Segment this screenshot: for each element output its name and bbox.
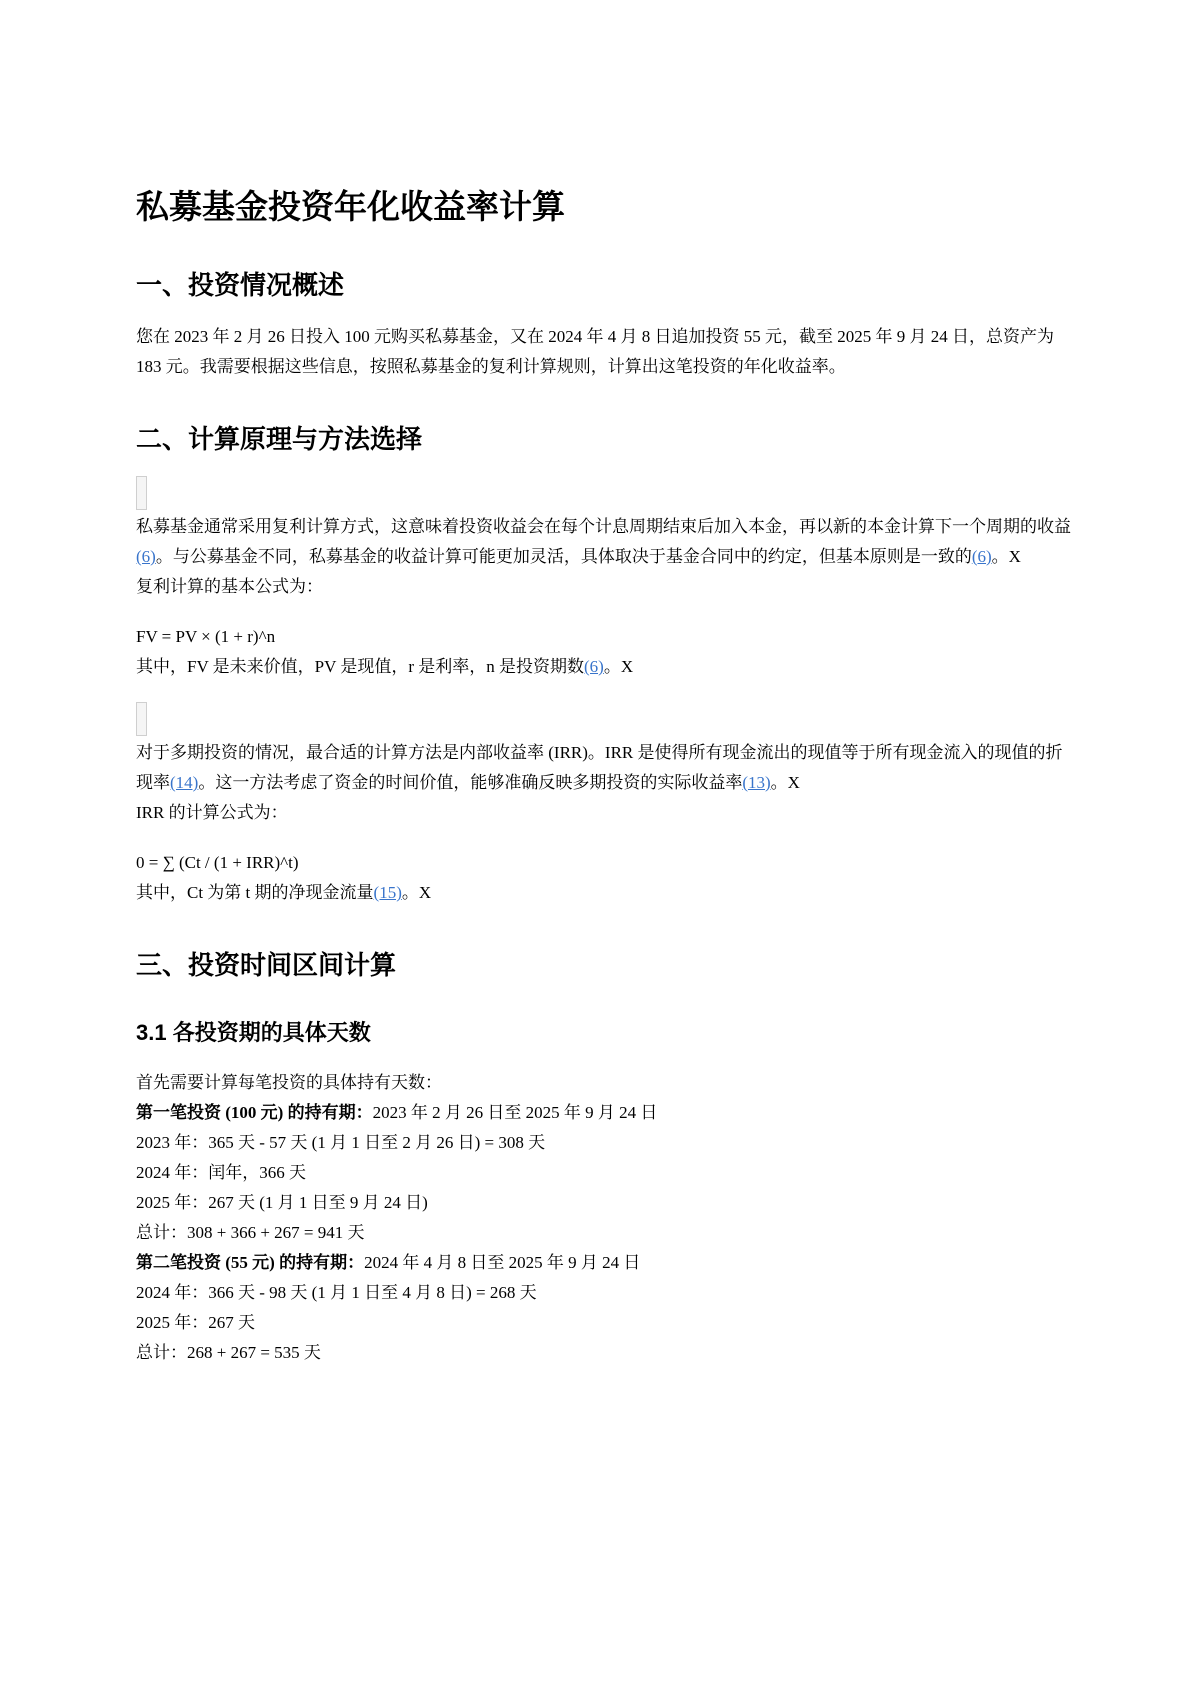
citation-link[interactable]: (15): [374, 883, 402, 902]
paragraph: 首先需要计算每笔投资的具体持有天数：第一笔投资 (100 元) 的持有期：202…: [136, 1068, 1076, 1368]
text-run: 。X: [992, 547, 1021, 566]
citation-link[interactable]: (14): [170, 773, 198, 792]
text-run: 其中，Ct 为第 t 期的净现金流量: [136, 883, 374, 902]
subsection-heading: 3.1 各投资期的具体天数: [136, 1018, 1076, 1048]
document-body: 私募基金投资年化收益率计算 一、投资情况概述您在 2023 年 2 月 26 日…: [136, 0, 1076, 1368]
paragraph: 0 = ∑ (Ct / (1 + IRR)^t)其中，Ct 为第 t 期的净现金…: [136, 848, 1076, 908]
text-run: 。X: [402, 883, 431, 902]
citation-link[interactable]: (13): [742, 773, 770, 792]
paragraph: 对于多期投资的情况，最合适的计算方法是内部收益率 (IRR)。IRR 是使得所有…: [136, 702, 1076, 828]
paragraph: 私募基金通常采用复利计算方式，这意味着投资收益会在每个计息周期结束后加入本金，再…: [136, 476, 1076, 602]
object-placeholder-icon: [136, 476, 147, 510]
section-heading: 二、计算原理与方法选择: [136, 422, 1076, 456]
text-run: 2025 年：267 天 (1 月 1 日至 9 月 24 日): [136, 1193, 428, 1212]
citation-link[interactable]: (6): [584, 657, 604, 676]
bold-run: 第二笔投资 (55 元) 的持有期：: [136, 1253, 364, 1272]
citation-link[interactable]: (6): [136, 547, 156, 566]
text-run: 复利计算的基本公式为：: [136, 577, 323, 596]
text-run: 2023 年：365 天 - 57 天 (1 月 1 日至 2 月 26 日) …: [136, 1133, 545, 1152]
bold-run: 第一笔投资 (100 元) 的持有期：: [136, 1103, 373, 1122]
doc-title: 私募基金投资年化收益率计算: [136, 186, 1076, 228]
text-run: 总计：268 + 267 = 535 天: [136, 1343, 321, 1362]
document-page: 私募基金投资年化收益率计算 一、投资情况概述您在 2023 年 2 月 26 日…: [0, 0, 1200, 1696]
text-run: 总计：308 + 366 + 267 = 941 天: [136, 1223, 365, 1242]
text-run: 首先需要计算每笔投资的具体持有天数：: [136, 1073, 442, 1092]
text-run: 私募基金通常采用复利计算方式，这意味着投资收益会在每个计息周期结束后加入本金，再…: [136, 517, 1071, 536]
text-run: 。X: [604, 657, 633, 676]
text-run: 。与公募基金不同，私募基金的收益计算可能更加灵活，具体取决于基金合同中的约定，但…: [156, 547, 972, 566]
text-run: IRR 的计算公式为：: [136, 803, 288, 822]
text-run: 2024 年：闰年，366 天: [136, 1163, 306, 1182]
text-run: 其中，FV 是未来价值，PV 是现值，r 是利率，n 是投资期数: [136, 657, 584, 676]
citation-link[interactable]: (6): [972, 547, 992, 566]
paragraph: FV = PV × (1 + r)^n其中，FV 是未来价值，PV 是现值，r …: [136, 622, 1076, 682]
section-heading: 一、投资情况概述: [136, 268, 1076, 302]
object-placeholder-icon: [136, 702, 147, 736]
text-run: FV = PV × (1 + r)^n: [136, 627, 275, 646]
text-run: 。X: [771, 773, 800, 792]
paragraph: 您在 2023 年 2 月 26 日投入 100 元购买私募基金，又在 2024…: [136, 322, 1076, 382]
text-run: 0 = ∑ (Ct / (1 + IRR)^t): [136, 853, 299, 872]
text-run: 。这一方法考虑了资金的时间价值，能够准确反映多期投资的实际收益率: [198, 773, 742, 792]
text-run: 2024 年 4 月 8 日至 2025 年 9 月 24 日: [364, 1253, 640, 1272]
section-heading: 三、投资时间区间计算: [136, 948, 1076, 982]
text-run: 2024 年：366 天 - 98 天 (1 月 1 日至 4 月 8 日) =…: [136, 1283, 537, 1302]
text-run: 2025 年：267 天: [136, 1313, 255, 1332]
text-run: 2023 年 2 月 26 日至 2025 年 9 月 24 日: [373, 1103, 658, 1122]
text-run: 您在 2023 年 2 月 26 日投入 100 元购买私募基金，又在 2024…: [136, 327, 1054, 376]
